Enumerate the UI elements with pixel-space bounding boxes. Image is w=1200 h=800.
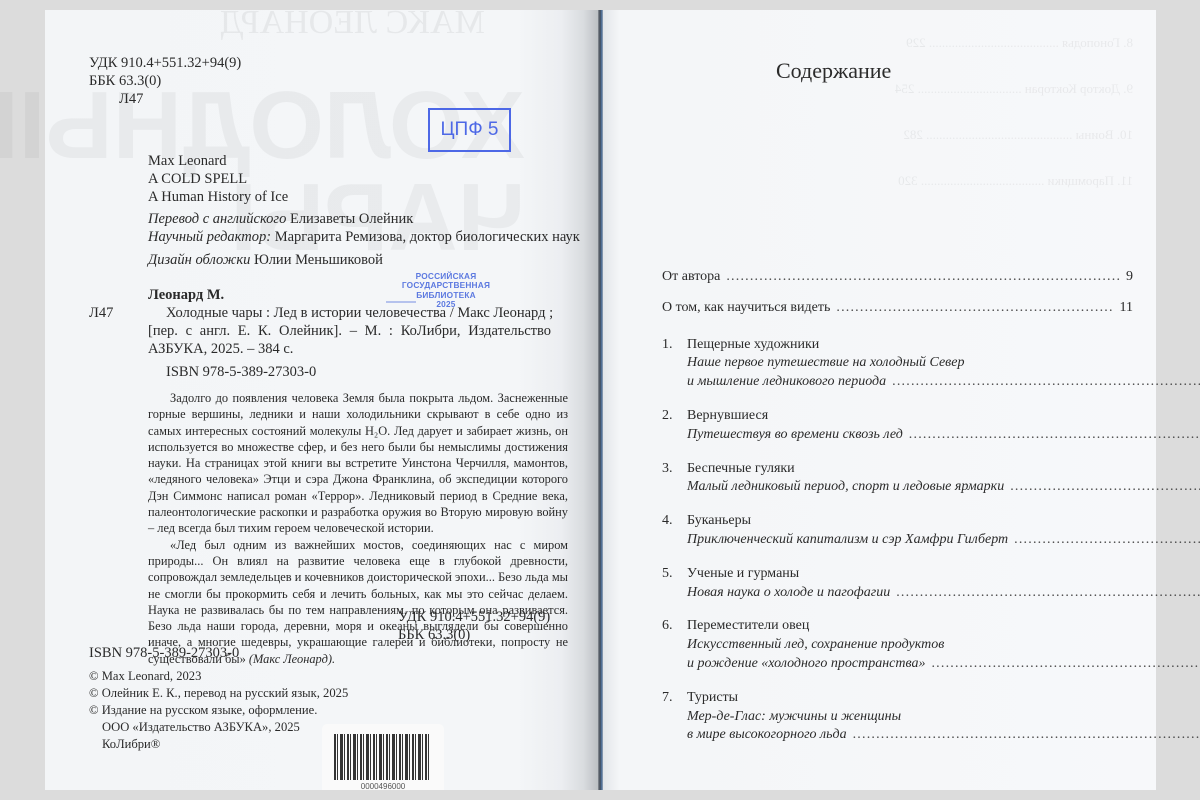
original-title: A COLD SPELL [148,170,247,188]
chapter-title: Туристы [687,689,1200,708]
editor-credit: Научный редактор: Маргарита Ремизова, до… [148,228,580,246]
copyright-line: © Max Leonard, 2023 [89,668,201,684]
original-author: Max Leonard [148,152,227,170]
chapter-title: Беспечные гуляки [687,460,1200,479]
design-credit: Дизайн обложки Юлии Меньшиковой [148,251,383,269]
catalog-heading: Леонард М. [148,286,224,304]
show-through-author: МАКС ЛЕОНАРД [220,4,485,42]
dot-leader [853,726,1200,745]
chapter-subtitle-row: в мире высокогорного льда194 [687,726,1200,745]
toc-entry[interactable]: О том, как научиться видеть11 [662,299,1133,318]
copyright-line: ООО «Издательство АЗБУКА», 2025 [102,719,300,735]
chapter-subtitle-row: Путешествуя во времени сквозь лед43 [687,426,1200,445]
copyright-line: © Олейник Е. К., перевод на русский язык… [89,685,348,701]
contents-page: 8. Гоноподья ...........................… [603,10,1156,790]
chapter-number: 1. [662,336,687,392]
chapter-subtitle-line: Малый ледниковый период, спорт и ледовые… [687,478,1004,497]
catalog-mark: Л47 [89,304,113,322]
chapter-subtitle-line: Новая наука о холоде и пагофагии [687,584,890,603]
translator-name: Елизаветы Олейник [290,211,413,227]
barcode-bars [334,734,429,780]
chapter-title: Ученые и гурманы [687,565,1200,584]
author-mark: Л47 [119,90,143,108]
toc-page-number: 9 [1126,268,1133,287]
table-of-contents: От автора9О том, как научиться видеть111… [662,268,1133,760]
dot-leader [836,299,1113,318]
toc-chapter[interactable]: 5.Ученые и гурманыНовая наука о холоде и… [662,565,1133,603]
translation-label: Перевод с английского [148,211,286,227]
dot-leader [931,655,1200,674]
chapter-subtitle-row: Малый ледниковый период, спорт и ледовые… [687,478,1200,497]
toc-chapter[interactable]: 6.Переместители овецИскусственный лед, с… [662,617,1133,673]
footer-isbn: ISBN 978-5-389-27303-0 [89,644,239,662]
chapter-subtitle-line: Искусственный лед, сохранение продуктов [687,636,1200,655]
barcode-sticker: 0000496000 [322,724,444,790]
chapter-body: Пещерные художникиНаше первое путешестви… [687,336,1200,392]
chapter-subtitle-line: Приключенческий капитализм и сэр Хамфри … [687,531,1008,550]
chapter-subtitle-row: и рождение «холодного пространства»160 [687,655,1200,674]
chapter-subtitle-line: Мер-де-Глас: мужчины и женщины [687,708,1200,727]
dot-leader [726,268,1120,287]
translator-credit: Перевод с английского Елизаветы Олейник [148,210,413,228]
chapter-body: Беспечные гулякиМалый ледниковый период,… [687,460,1200,498]
dot-leader [896,584,1200,603]
annotation-quote-author: (Макс Леонард). [249,652,335,666]
chapter-body: БуканьерыПриключенческий капитализм и сэ… [687,512,1200,550]
dot-leader [909,426,1200,445]
catalog-line-2: [пер. с англ. Е. К. Олейник]. – М. : КоЛ… [148,322,551,340]
barcode-number: 0000496000 [322,782,444,791]
original-subtitle: A Human History of Ice [148,188,288,206]
footer-bbk: ББК 63.3(0) [398,626,470,644]
annotation-paragraph-1: Задолго до появления человека Земля была… [148,390,568,537]
chapter-subtitle-row: Новая наука о холоде и пагофагии127 [687,584,1200,603]
chapter-subtitle-row: Приключенческий капитализм и сэр Хамфри … [687,531,1200,550]
editor-name: Маргарита Ремизова, доктор биологических… [275,229,580,245]
copyright-line: КоЛибри® [102,736,160,752]
chapter-title: Буканьеры [687,512,1200,531]
bbk-code: ББК 63.3(0) [89,72,161,90]
imprint-page: МАКС ЛЕОНАРД ХОЛОДНЫЕ ЧАРЫ УДК 910.4+551… [45,10,600,790]
chapter-body: Переместители овецИскусственный лед, сох… [687,617,1200,673]
chapter-subtitle-line: Путешествуя во времени сквозь лед [687,426,903,445]
chapter-number: 3. [662,460,687,498]
toc-chapter[interactable]: 1.Пещерные художникиНаше первое путешест… [662,336,1133,392]
chapter-subtitle-row: и мышление ледникового периода24 [687,373,1200,392]
design-label: Дизайн обложки [148,252,250,268]
chapter-title: Пещерные художники [687,336,1200,355]
dot-leader [892,373,1200,392]
cpf-stamp: ЦПФ 5 [428,108,511,152]
catalog-isbn: ISBN 978-5-389-27303-0 [166,363,316,381]
editor-label: Научный редактор: [148,229,271,245]
stamp-smudge [386,301,416,303]
designer-name: Юлии Меньшиковой [254,252,383,268]
dot-leader [1010,478,1200,497]
chapter-title: Переместители овец [687,617,1200,636]
chapter-body: Ученые и гурманыНовая наука о холоде и п… [687,565,1200,603]
book-spread: МАКС ЛЕОНАРД ХОЛОДНЫЕ ЧАРЫ УДК 910.4+551… [45,10,1156,790]
catalog-line-3: АЗБУКА, 2025. – 384 с. [148,340,293,358]
chapter-number: 5. [662,565,687,603]
chapter-number: 7. [662,689,687,745]
toc-entry-label: О том, как научиться видеть [662,299,830,318]
chapter-number: 4. [662,512,687,550]
contents-title: Содержание [776,58,891,84]
udk-code: УДК 910.4+551.32+94(9) [89,54,241,72]
footer-udk: УДК 910.4+551.32+94(9) [398,608,550,626]
copyright-line: © Издание на русском языке, оформление. [89,702,317,718]
dot-leader [1014,531,1200,550]
toc-chapter[interactable]: 3.Беспечные гулякиМалый ледниковый перио… [662,460,1133,498]
chapter-subtitle-line: и мышление ледникового периода [687,373,886,392]
chapter-number: 2. [662,407,687,445]
chapter-subtitle-line: и рождение «холодного пространства» [687,655,925,674]
chapter-subtitle-line: Наше первое путешествие на холодный Севе… [687,354,1200,373]
chapter-body: ВернувшиесяПутешествуя во времени сквозь… [687,407,1200,445]
show-through-text: 8. Гоноподья ...........................… [663,20,1133,204]
chapter-subtitle-line: в мире высокогорного льда [687,726,847,745]
chapter-title: Вернувшиеся [687,407,1200,426]
toc-page-number: 11 [1120,299,1133,318]
toc-entry[interactable]: От автора9 [662,268,1133,287]
toc-chapter[interactable]: 7.ТуристыМер-де-Глас: мужчины и женщиныв… [662,689,1133,745]
toc-entry-label: От автора [662,268,720,287]
chapter-number: 6. [662,617,687,673]
catalog-line-1: Холодные чары : Лед в истории человечест… [166,304,553,322]
toc-chapter[interactable]: 2.ВернувшиесяПутешествуя во времени скво… [662,407,1133,445]
cpf-stamp-text: ЦПФ 5 [440,119,498,141]
toc-chapter[interactable]: 4.БуканьерыПриключенческий капитализм и … [662,512,1133,550]
chapter-body: ТуристыМер-де-Глас: мужчины и женщиныв м… [687,689,1200,745]
